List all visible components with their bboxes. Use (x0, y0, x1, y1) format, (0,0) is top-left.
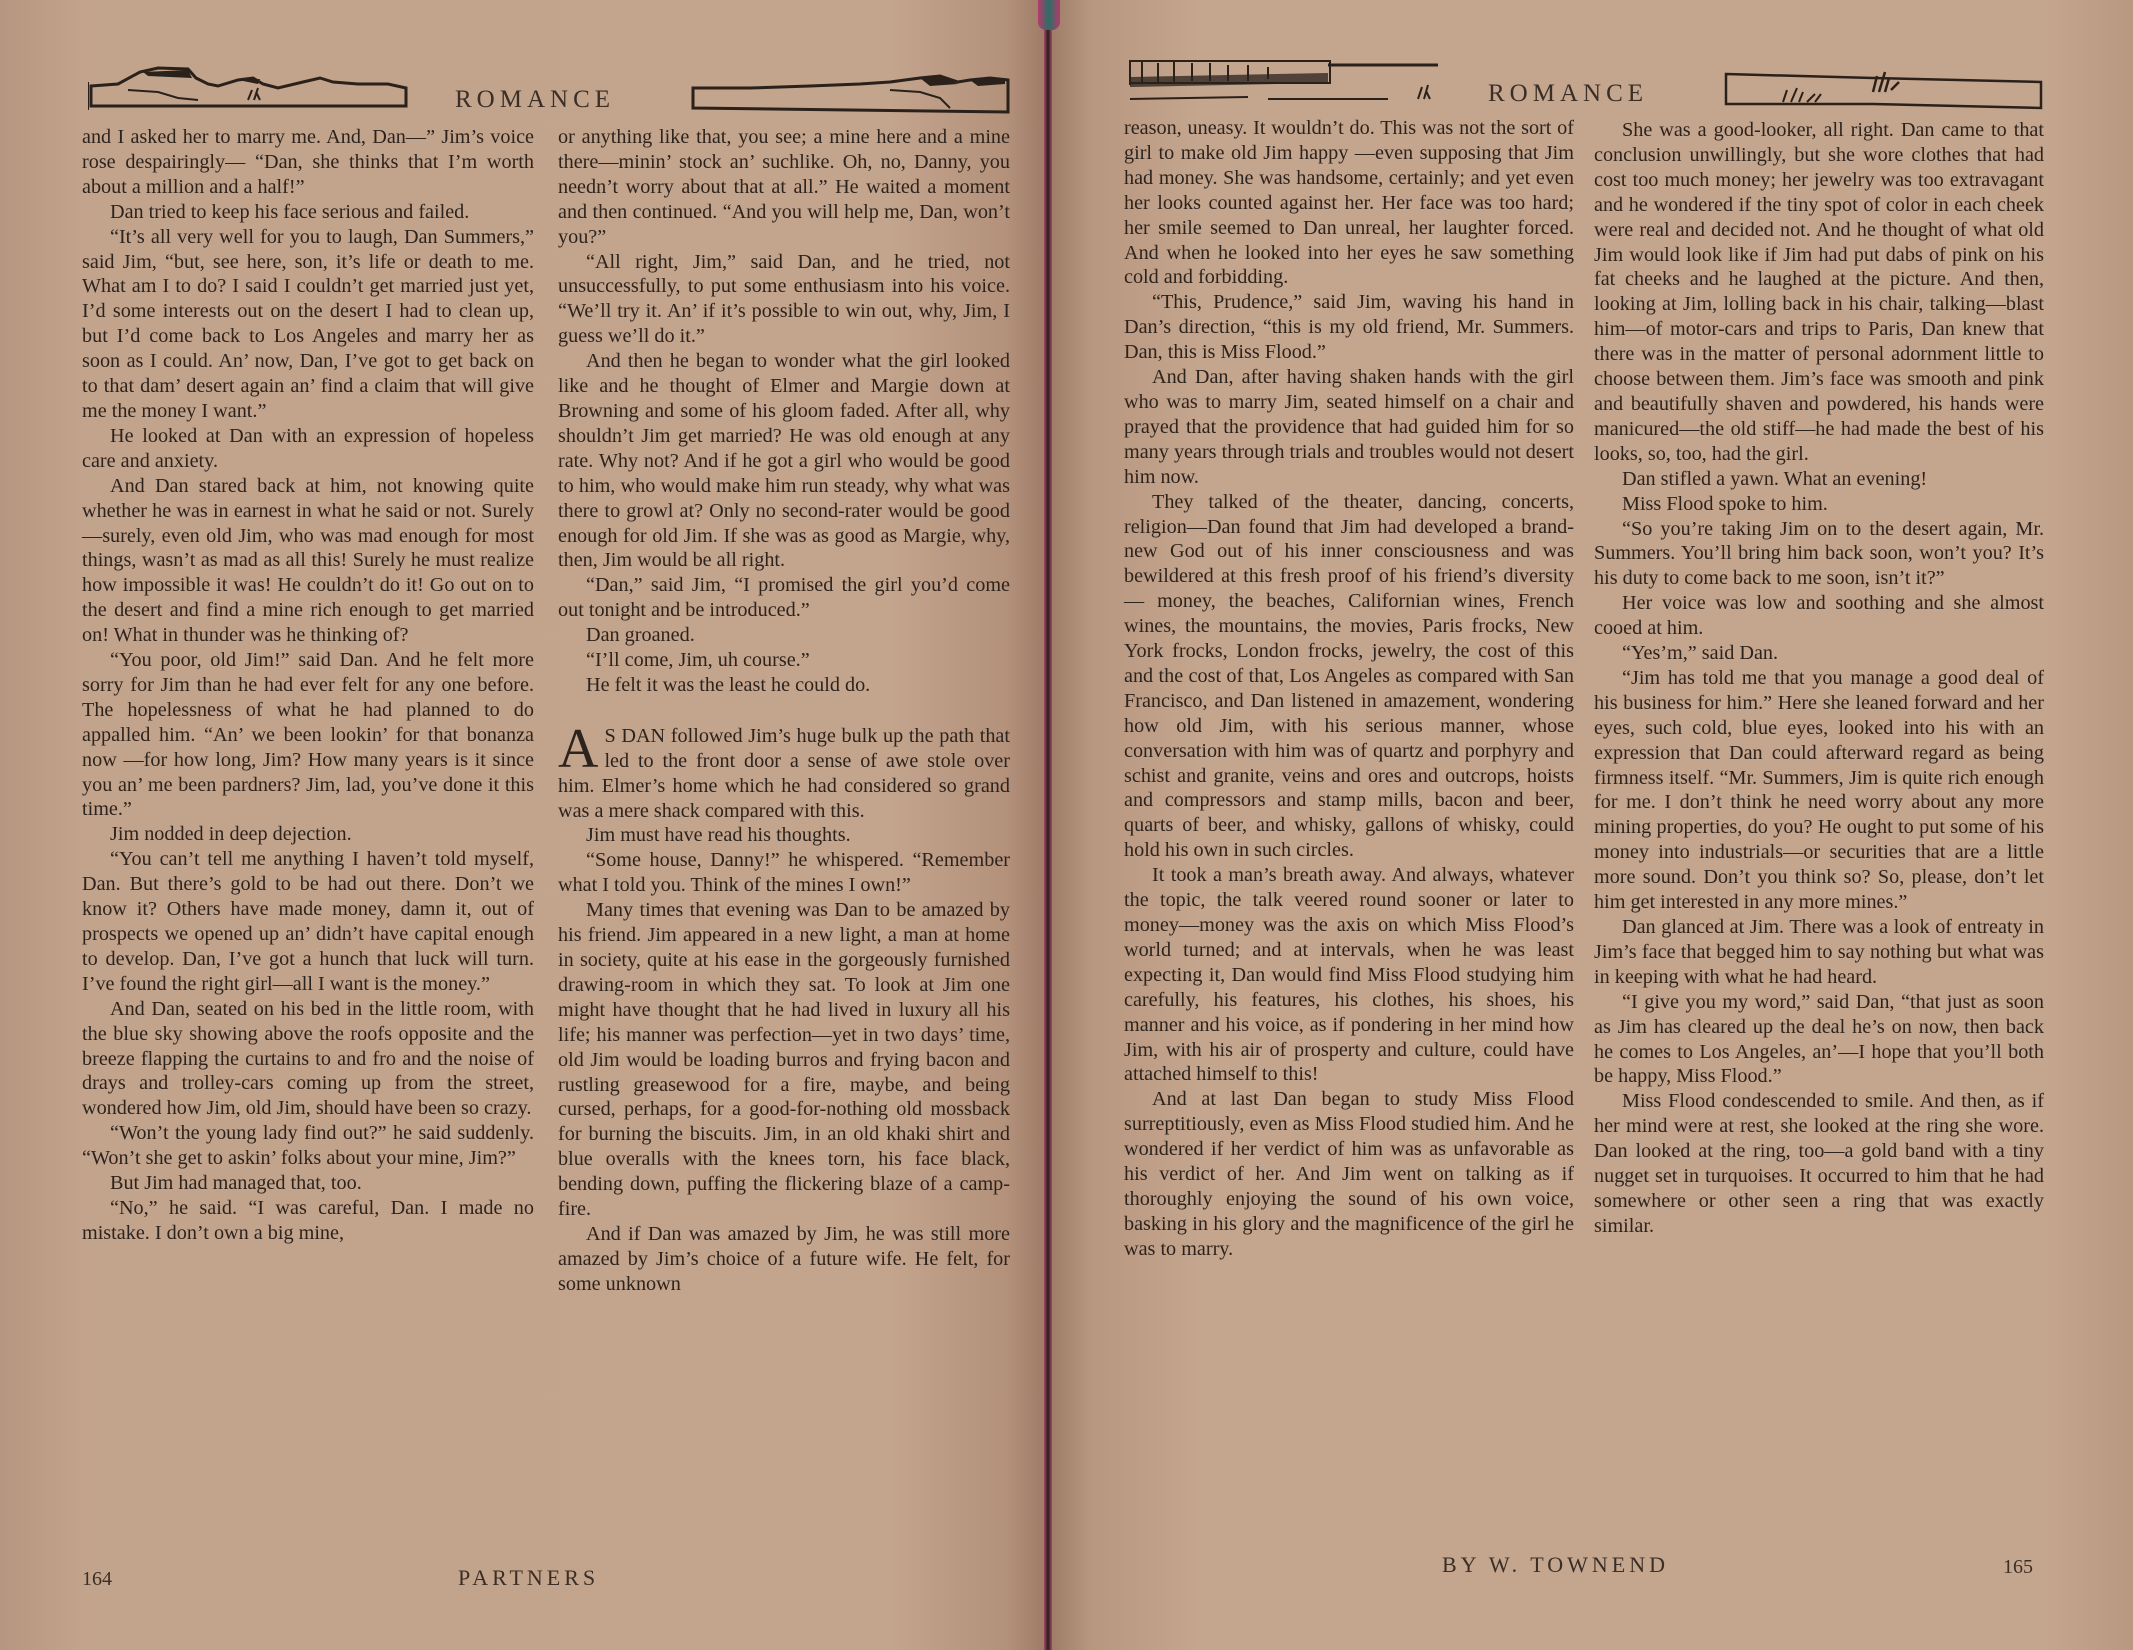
section-start-paragraph: AS DAN followed Jim’s huge bulk up the p… (558, 724, 1010, 824)
paragraph: Many times that evening was Dan to be am… (558, 898, 1010, 1222)
paragraph: Miss Flood spoke to him. (1594, 492, 2044, 517)
page-number: 165 (2003, 1556, 2033, 1579)
paragraph: Dan groaned. (558, 623, 1010, 648)
right-page: ROMANCE reason, uneasy. It wouldn’t do. … (1048, 0, 2133, 1650)
book-spine-gutter (1044, 0, 1052, 1650)
paragraph: “It’s all very well for you to laugh, Da… (82, 225, 534, 424)
drop-cap: A (558, 726, 598, 772)
right-page-column-1: reason, uneasy. It wouldn’t do. This was… (1124, 116, 1574, 1262)
author-byline: BY W. TOWNEND (1442, 1552, 1669, 1578)
running-head: ROMANCE (1488, 80, 1648, 108)
page-number: 164 (82, 1568, 112, 1591)
paragraph: “Jim has told me that you manage a good … (1594, 666, 2044, 915)
paragraph: “Won’t the young lady find out?” he said… (82, 1121, 534, 1171)
bookmark-ribbon (1038, 0, 1060, 30)
paragraph: And at last Dan began to study Miss Floo… (1124, 1087, 1574, 1261)
paragraph: “Some house, Danny!” he whispered. “Reme… (558, 848, 1010, 898)
desert-mesa-ornament-right (690, 72, 1012, 116)
paragraph: “So you’re taking Jim on to the desert a… (1594, 517, 2044, 592)
paragraph: And Dan, after having shaken hands with … (1124, 365, 1574, 490)
paragraph: It took a man’s breath away. And always,… (1124, 863, 1574, 1087)
paragraph: and I asked her to marry me. And, Dan—” … (82, 125, 534, 200)
paragraph: “This, Prudence,” said Jim, waving his h… (1124, 290, 1574, 365)
paragraph: “Dan,” said Jim, “I promised the girl yo… (558, 573, 1010, 623)
paragraph: And Dan stared back at him, not knowing … (82, 474, 534, 648)
paragraph: reason, uneasy. It wouldn’t do. This was… (1124, 116, 1574, 290)
paragraph: “All right, Jim,” said Dan, and he tried… (558, 250, 1010, 350)
paragraph: He looked at Dan with an expression of h… (82, 424, 534, 474)
desert-mesa-ornament-left (88, 62, 410, 110)
paragraph: “No,” he said. “I was careful, Dan. I ma… (82, 1196, 534, 1246)
paragraph: Miss Flood condescended to smile. And th… (1594, 1089, 2044, 1238)
left-page: ROMANCE and I asked her to marry me. And… (0, 0, 1048, 1650)
paragraph: And if Dan was amazed by Jim, he was sti… (558, 1222, 1010, 1297)
paragraph: Dan tried to keep his face serious and f… (82, 200, 534, 225)
paragraph: or anything like that, you see; a mine h… (558, 125, 1010, 250)
paragraph: “I give you my word,” said Dan, “that ju… (1594, 990, 2044, 1090)
paragraph: Jim nodded in deep dejection. (82, 822, 534, 847)
paragraph: And Dan, seated on his bed in the little… (82, 997, 534, 1122)
paragraph: And then he began to wonder what the gir… (558, 349, 1010, 573)
paragraph: “You poor, old Jim!” said Dan. And he fe… (82, 648, 534, 822)
left-page-column-2: or anything like that, you see; a mine h… (558, 125, 1010, 1297)
running-head: ROMANCE (455, 86, 615, 114)
paragraph-text: S DAN followed Jim’s huge bulk up the pa… (558, 725, 1010, 822)
right-page-column-2: She was a good-looker, all right. Dan ca… (1594, 118, 2044, 1239)
book-spread: ROMANCE and I asked her to marry me. And… (0, 0, 2133, 1650)
story-title: PARTNERS (458, 1565, 599, 1591)
town-street-ornament (1128, 55, 1448, 103)
paragraph: “I’ll come, Jim, uh course.” (558, 648, 1010, 673)
paragraph: Jim must have read his thoughts. (558, 823, 1010, 848)
paragraph: They talked of the theater, dancing, con… (1124, 490, 1574, 864)
grass-tuft-ornament (1723, 68, 2043, 114)
paragraph: Dan glanced at Jim. There was a look of … (1594, 915, 2044, 990)
paragraph: “Yes’m,” said Dan. (1594, 641, 2044, 666)
paragraph: “You can’t tell me anything I haven’t to… (82, 847, 534, 996)
paragraph: Her voice was low and soothing and she a… (1594, 591, 2044, 641)
paragraph: Dan stifled a yawn. What an evening! (1594, 467, 2044, 492)
paragraph: She was a good-looker, all right. Dan ca… (1594, 118, 2044, 467)
paragraph: But Jim had managed that, too. (82, 1171, 534, 1196)
left-page-column-1: and I asked her to marry me. And, Dan—” … (82, 125, 534, 1246)
paragraph: He felt it was the least he could do. (558, 673, 1010, 698)
